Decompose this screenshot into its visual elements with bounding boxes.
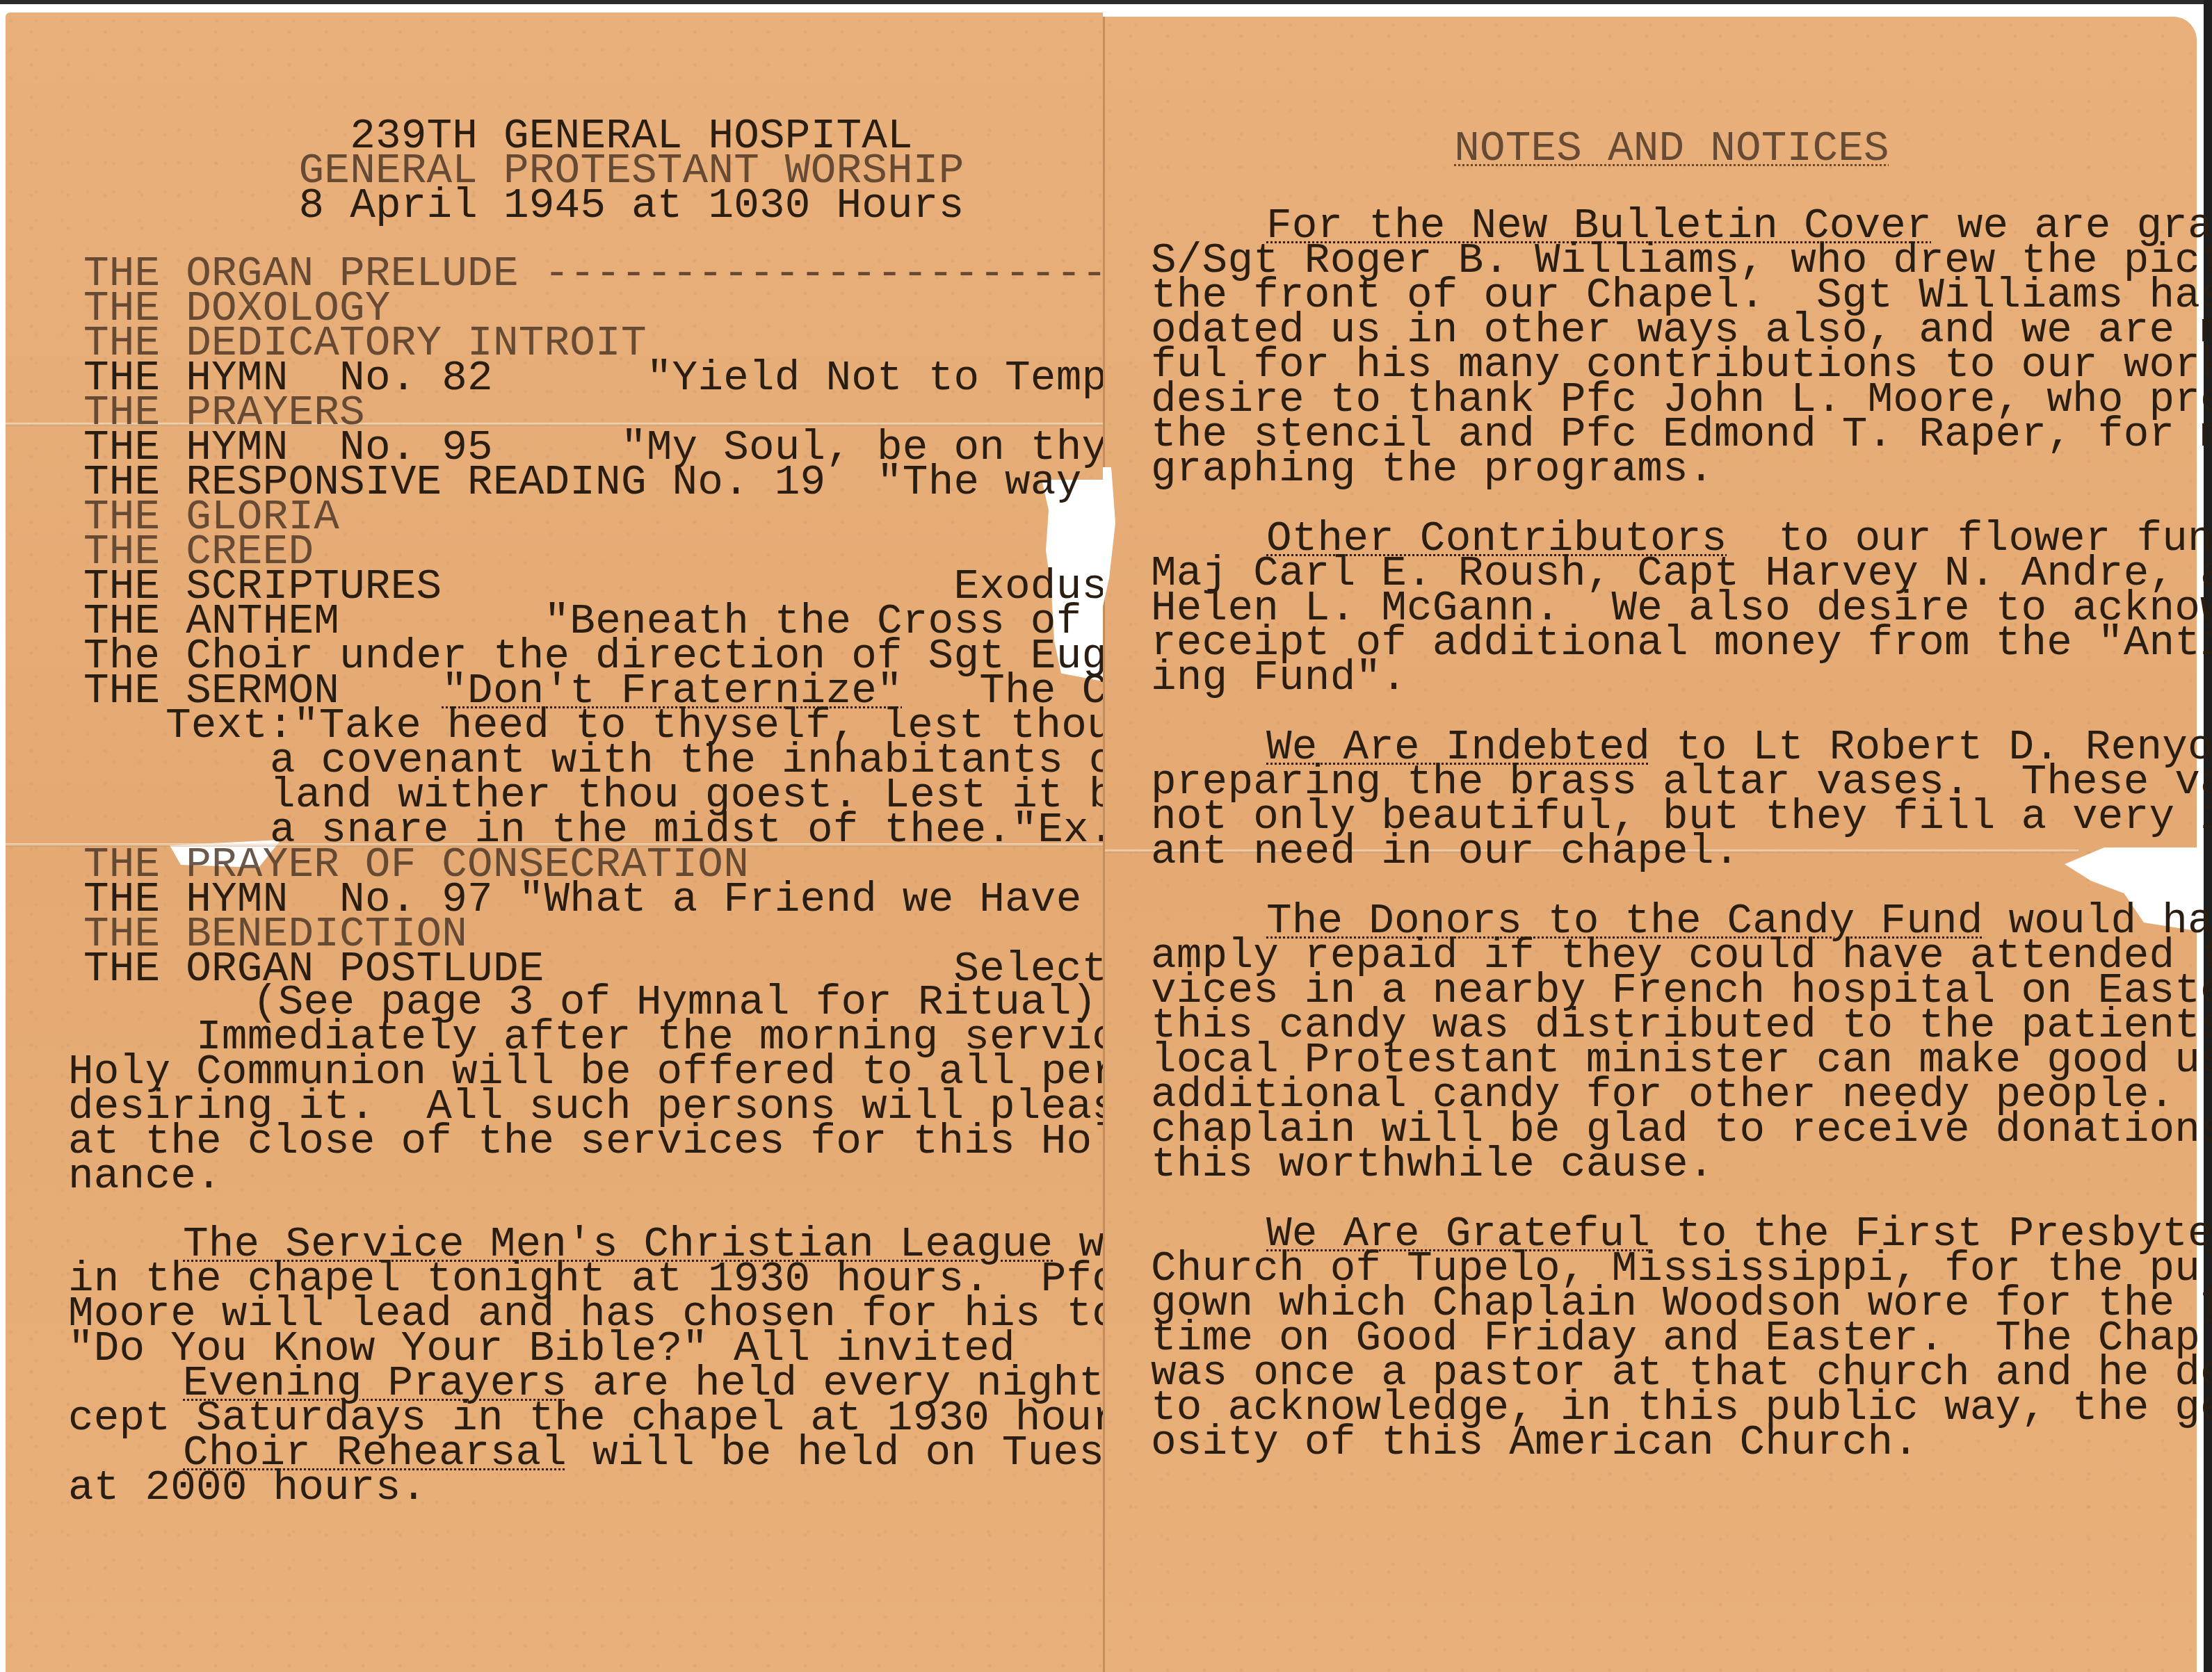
bulletin-header-line-3: 8 April 1945 at 1030 Hours	[6, 189, 1257, 224]
paragraph-line: nance.	[68, 1160, 222, 1194]
notice-line: this worthwhile cause.	[1151, 1148, 1714, 1183]
notice-line: osity of this American Church.	[1151, 1426, 1919, 1461]
paragraph-line: at 2000 hours.	[68, 1471, 426, 1506]
notice-line: graphing the programs.	[1151, 453, 1714, 487]
notice-line: ant need in our chapel.	[1151, 835, 1740, 870]
tear-top-left	[1103, 467, 1124, 606]
notices-title: NOTES AND NOTICES	[1105, 132, 2212, 167]
scanner-top-edge	[0, 0, 2212, 4]
left-page-order-of-worship: 239TH GENERAL HOSPITAL GENERAL PROTESTAN…	[6, 13, 1103, 1672]
right-page-notes-and-notices: NOTES AND NOTICES For the New Bulletin C…	[1103, 17, 2197, 1672]
notice-line: ing Fund".	[1151, 661, 1407, 696]
